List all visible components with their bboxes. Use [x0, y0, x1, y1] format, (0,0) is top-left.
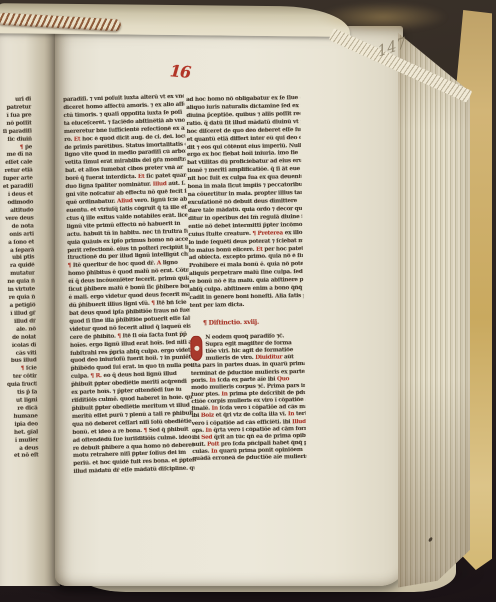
- text-column-right: ad hoc homo nõ obligabatur ex ſe ſiue ex…: [186, 95, 306, 463]
- distinctio-paragraph: N eodem quoq̃ paradiſo ⁊c̃.Supra egit ma…: [190, 333, 306, 464]
- distinctio-heading: ¶ Diſtinctio. xviij.: [190, 318, 304, 328]
- drop-cap-initial-I: I: [190, 336, 202, 361]
- column-right-upper-block: ad hoc homo nõ obligabatur ex ſe ſiue ex…: [186, 95, 304, 311]
- fore-edge-shading: [398, 30, 470, 592]
- text-line: et nõ eſt: [8, 453, 38, 462]
- column-right-lower-block: I N eodem quoq̃ paradiſo ⁊c̃.Supra egit …: [190, 333, 306, 464]
- text-column-left: paradiſi. ⁊ vni poſuit iuxta alterũ vt e…: [63, 94, 195, 481]
- book-photograph: uri dipatreturĩ ſua prenõ poſſitſi parad…: [0, 0, 496, 602]
- paper-toning-stain: [318, 2, 448, 32]
- text-line: tent per iam dicta.: [190, 301, 304, 311]
- text-line: ¶ Diſtinctio. xviij.: [190, 318, 304, 328]
- printed-signature-mark: 16: [169, 61, 191, 82]
